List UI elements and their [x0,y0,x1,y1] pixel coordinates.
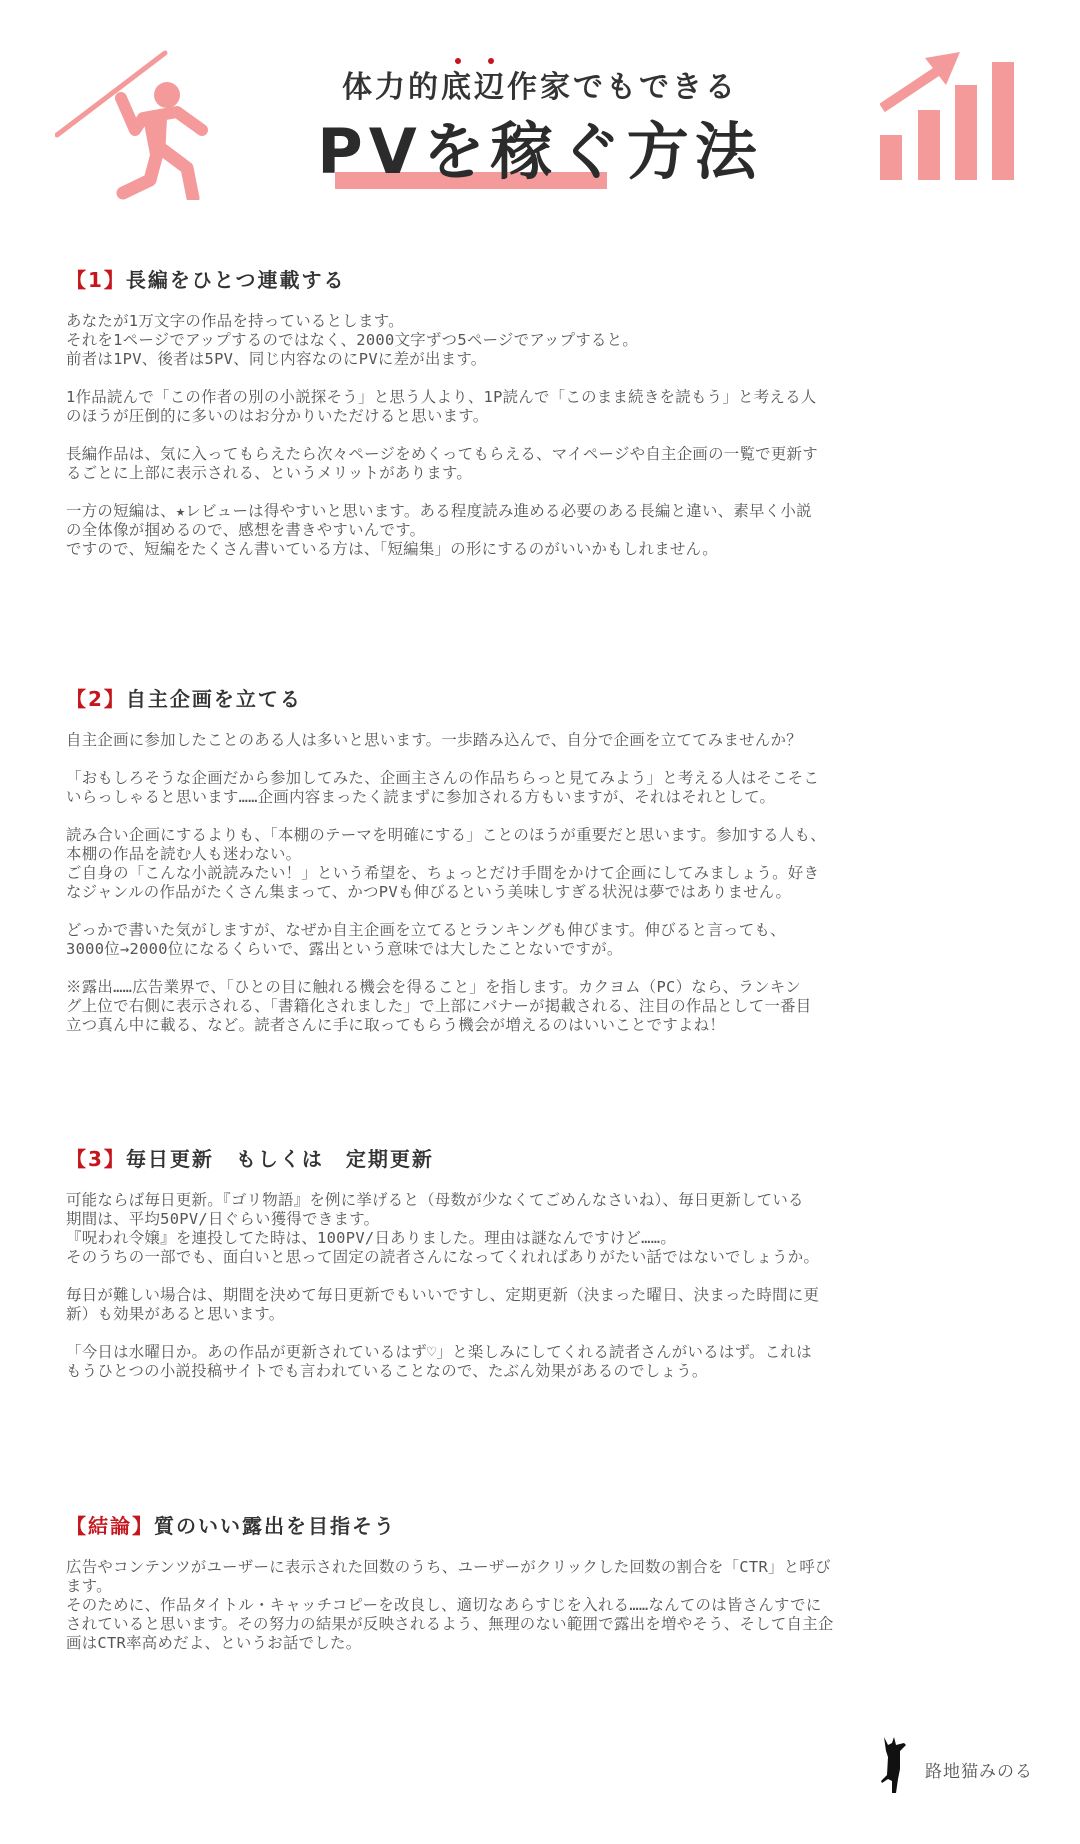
paragraph: 可能ならば毎日更新。『ゴリ物語』を例に挙げると（母数が少なくてごめんなさいね）、… [66,1191,1026,1267]
section-heading: 【3】毎日更新 もしくは 定期更新 [66,1145,1026,1173]
section-number: 【1】 [66,268,126,292]
subtitle-suffix: 作家でもできる [507,70,738,105]
section-1: 【1】長編をひとつ連載する あなたが1万文字の作品を持っているとします。 それを… [66,266,1026,578]
subtitle-emphasis-char: 辺 [474,70,507,105]
footer: 路地猫みのる [880,1735,1070,1805]
growth-bar-chart-icon [880,50,1020,185]
section-title: 自主企画を立てる [126,687,302,711]
section-conclusion: 【結論】質のいい露出を目指そう 広告やコンテンツがユーザーに表示された回数のうち… [66,1512,1026,1672]
section-number: 【2】 [66,687,126,711]
paragraph: 広告やコンテンツがユーザーに表示された回数のうち、ユーザーがクリックした回数の割… [66,1558,1026,1653]
section-number: 【3】 [66,1147,126,1171]
paragraph: どっかで書いた気がしますが、なぜか自主企画を立てるとランキングも伸びます。伸びる… [66,921,1026,959]
section-3: 【3】毎日更新 もしくは 定期更新 可能ならば毎日更新。『ゴリ物語』を例に挙げる… [66,1145,1026,1400]
paragraph: あなたが1万文字の作品を持っているとします。 それを1ページでアップするのではな… [66,312,1026,369]
paragraph: 「今日は水曜日か。あの作品が更新されているはず♡」と楽しみにしてくれる読者さんが… [66,1343,1026,1381]
subtitle-emphasis-char: 底 [441,70,474,105]
header: 体力的底辺作家でもできる PVを稼ぐ方法 [0,0,1080,220]
section-title: 長編をひとつ連載する [126,268,346,292]
paragraph: 1作品読んで「この作者の別の小説探そう」と思う人より、1P読んで「このまま続きを… [66,388,1026,426]
section-number: 【結論】 [66,1514,154,1538]
section-title: 毎日更新 もしくは 定期更新 [126,1147,434,1171]
paragraph: 「おもしろそうな企画だから参加してみた、企画主さんの作品ちらっと見てみよう」と考… [66,769,1026,807]
paragraph: 長編作品は、気に入ってもらえたら次々ページをめくってもらえる、マイページや自主企… [66,445,1026,483]
paragraph: ※露出……広告業界で、「ひとの目に触れる機会を得ること」を指します。カクヨム（P… [66,978,1026,1035]
section-heading: 【2】自主企画を立てる [66,685,1026,713]
black-cat-icon [880,1735,910,1795]
section-title: 質のいい露出を目指そう [154,1514,396,1538]
section-heading: 【1】長編をひとつ連載する [66,266,1026,294]
section-2: 【2】自主企画を立てる 自主企画に参加したことのある人は多いと思います。一歩踏み… [66,685,1026,1054]
paragraph: 毎日が難しい場合は、期間を決めて毎日更新でもいいですし、定期更新（決まった曜日、… [66,1286,1026,1324]
page-title: PVを稼ぐ方法 [317,112,762,192]
paragraph: 読み合い企画にするよりも、「本棚のテーマを明確にする」ことのほうが重要だと思いま… [66,826,1026,902]
author-name: 路地猫みのる [925,1757,1033,1782]
subtitle-prefix: 体力的 [342,70,441,105]
paragraph: 自主企画に参加したことのある人は多いと思います。一歩踏み込んで、自分で企画を立て… [66,731,1026,750]
section-heading: 【結論】質のいい露出を目指そう [66,1512,1026,1540]
paragraph: 一方の短編は、★レビューは得やすいと思います。ある程度読み進める必要のある長編と… [66,502,1026,559]
